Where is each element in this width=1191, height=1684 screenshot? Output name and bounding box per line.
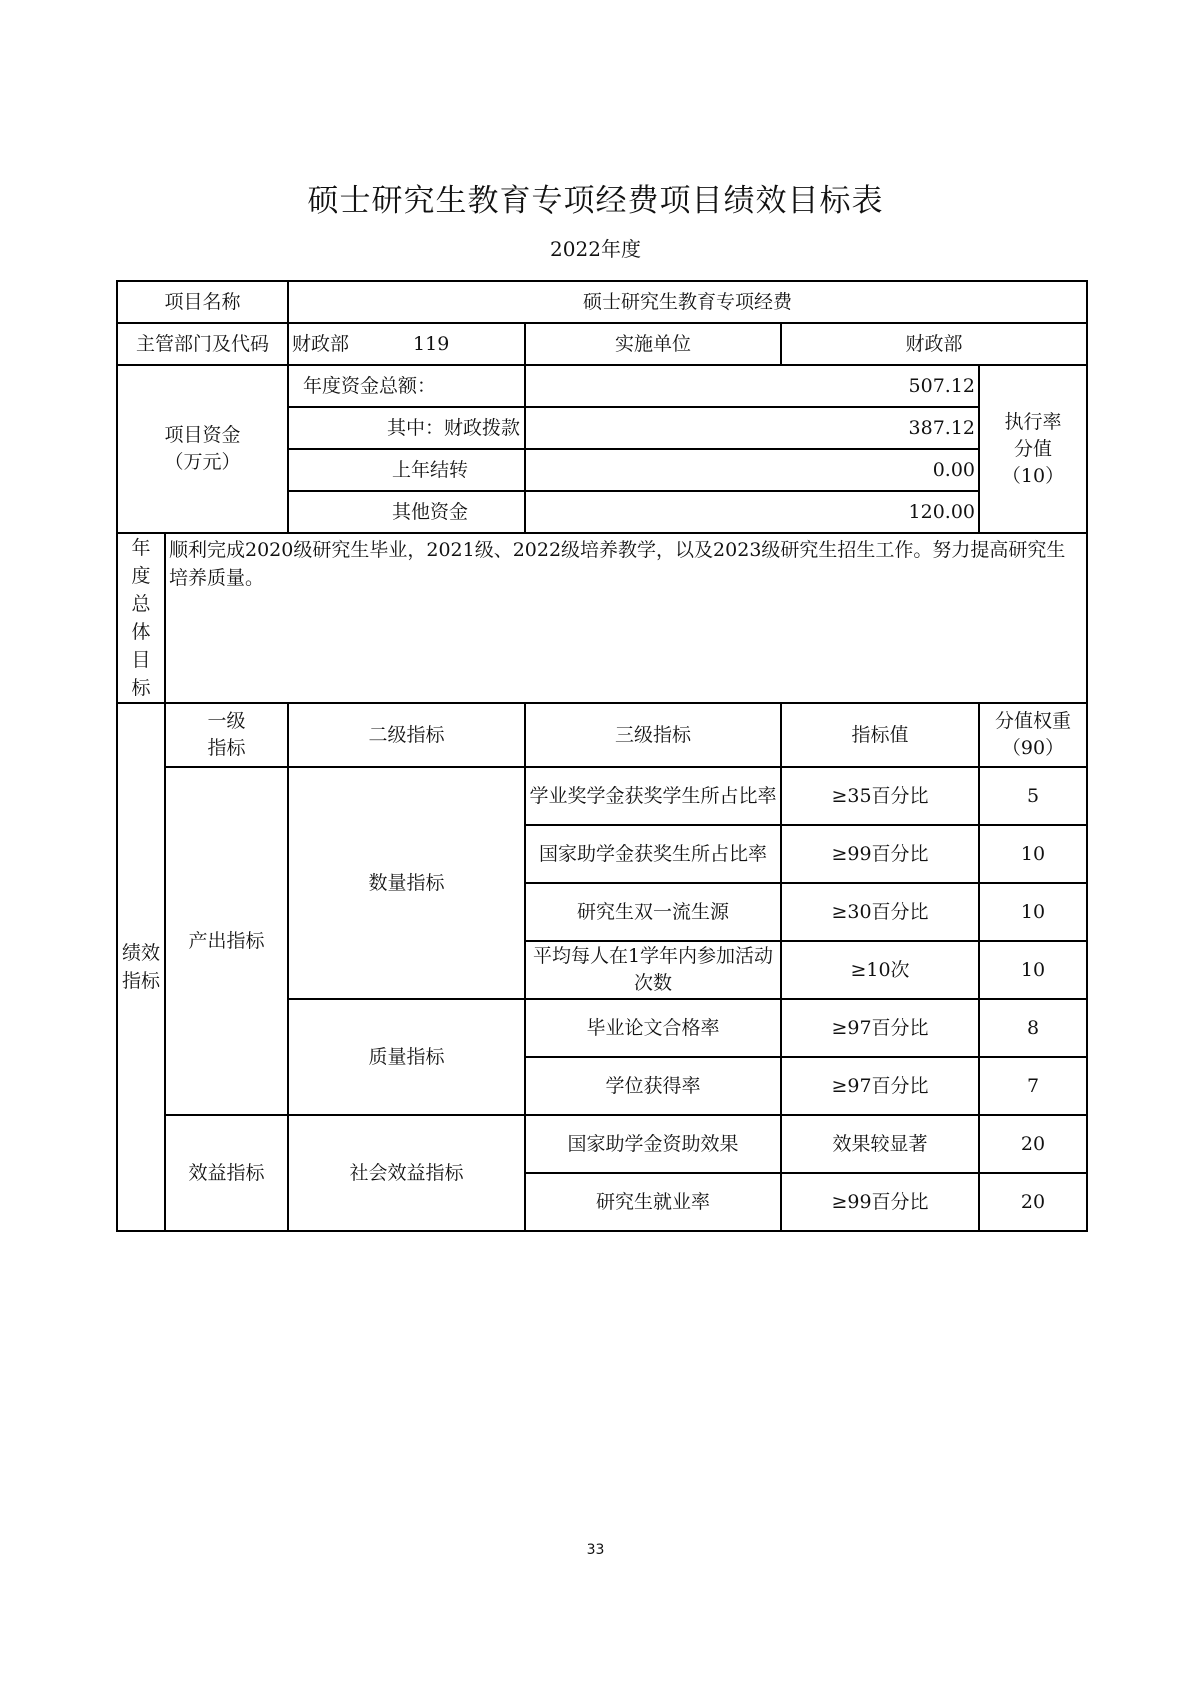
weight-cell: 7 bbox=[979, 1057, 1087, 1115]
fund-label: 其他资金 bbox=[288, 491, 525, 533]
level2-social-benefit: 社会效益指标 bbox=[288, 1115, 525, 1231]
project-name-value: 硕士研究生教育专项经费 bbox=[288, 281, 1087, 323]
project-name-label: 项目名称 bbox=[117, 281, 288, 323]
header-level3: 三级指标 bbox=[525, 703, 781, 767]
weight-cell: 10 bbox=[979, 883, 1087, 941]
header-level2: 二级指标 bbox=[288, 703, 525, 767]
impl-unit-value: 财政部 bbox=[781, 323, 1087, 365]
fund-value: 387.12 bbox=[525, 407, 979, 449]
fund-value: 120.00 bbox=[525, 491, 979, 533]
dept-code: 119 bbox=[413, 333, 449, 355]
performance-table: 项目名称 硕士研究生教育专项经费 主管部门及代码 财政部119 实施单位 财政部… bbox=[116, 280, 1088, 1232]
page-number: 33 bbox=[0, 1542, 1191, 1558]
goal-label: 年 度 总 体 目 标 bbox=[117, 533, 165, 703]
table-row: 产出指标 数量指标 学业奖学金获奖学生所占比率 ≥35百分比 5 bbox=[117, 767, 1087, 825]
fund-value: 0.00 bbox=[525, 449, 979, 491]
project-name-row: 项目名称 硕士研究生教育专项经费 bbox=[117, 281, 1087, 323]
value-cell: ≥99百分比 bbox=[781, 1173, 979, 1231]
dept-label: 主管部门及代码 bbox=[117, 323, 288, 365]
level3-cell: 研究生双一流生源 bbox=[525, 883, 781, 941]
value-cell: ≥97百分比 bbox=[781, 1057, 979, 1115]
fund-value: 507.12 bbox=[525, 365, 979, 407]
weight-cell: 20 bbox=[979, 1115, 1087, 1173]
level1-benefit: 效益指标 bbox=[165, 1115, 288, 1231]
level3-cell: 学位获得率 bbox=[525, 1057, 781, 1115]
weight-cell: 5 bbox=[979, 767, 1087, 825]
department-row: 主管部门及代码 财政部119 实施单位 财政部 bbox=[117, 323, 1087, 365]
value-cell: ≥10次 bbox=[781, 941, 979, 999]
level3-cell: 国家助学金资助效果 bbox=[525, 1115, 781, 1173]
level3-cell: 研究生就业率 bbox=[525, 1173, 781, 1231]
level2-quantity: 数量指标 bbox=[288, 767, 525, 999]
level3-cell: 学业奖学金获奖学生所占比率 bbox=[525, 767, 781, 825]
level3-cell: 毕业论文合格率 bbox=[525, 999, 781, 1057]
level3-cell: 平均每人在1学年内参加活动次数 bbox=[525, 941, 781, 999]
header-value: 指标值 bbox=[781, 703, 979, 767]
document-title: 硕士研究生教育专项经费项目绩效目标表 bbox=[0, 175, 1191, 220]
document-year: 2022年度 bbox=[0, 233, 1191, 262]
goal-row: 年 度 总 体 目 标 顺利完成2020级研究生毕业，2021级、2022级培养… bbox=[117, 533, 1087, 703]
level3-cell: 国家助学金获奖生所占比率 bbox=[525, 825, 781, 883]
weight-cell: 20 bbox=[979, 1173, 1087, 1231]
value-cell: 效果较显著 bbox=[781, 1115, 979, 1173]
exec-rate-label: 执行率 分值 （10） bbox=[979, 365, 1087, 533]
weight-cell: 10 bbox=[979, 825, 1087, 883]
goal-text: 顺利完成2020级研究生毕业，2021级、2022级培养教学，以及2023级研究… bbox=[165, 533, 1087, 703]
weight-cell: 10 bbox=[979, 941, 1087, 999]
indicators-section-label: 绩效 指标 bbox=[117, 703, 165, 1231]
dept-name: 财政部 bbox=[292, 333, 349, 355]
indicator-header-row: 绩效 指标 一级 指标 二级指标 三级指标 指标值 分值权重 （90） bbox=[117, 703, 1087, 767]
fund-label: 上年结转 bbox=[288, 449, 525, 491]
funds-label: 项目资金 （万元） bbox=[117, 365, 288, 533]
weight-cell: 8 bbox=[979, 999, 1087, 1057]
header-level1: 一级 指标 bbox=[165, 703, 288, 767]
impl-unit-label: 实施单位 bbox=[525, 323, 781, 365]
header-weight: 分值权重 （90） bbox=[979, 703, 1087, 767]
fund-row: 项目资金 （万元） 年度资金总额： 507.12 执行率 分值 （10） bbox=[117, 365, 1087, 407]
value-cell: ≥97百分比 bbox=[781, 999, 979, 1057]
level2-quality: 质量指标 bbox=[288, 999, 525, 1115]
value-cell: ≥99百分比 bbox=[781, 825, 979, 883]
fund-label: 年度资金总额： bbox=[288, 365, 525, 407]
value-cell: ≥35百分比 bbox=[781, 767, 979, 825]
table-row: 效益指标 社会效益指标 国家助学金资助效果 效果较显著 20 bbox=[117, 1115, 1087, 1173]
fund-label: 其中：财政拨款 bbox=[288, 407, 525, 449]
dept-value: 财政部119 bbox=[288, 323, 525, 365]
level1-output: 产出指标 bbox=[165, 767, 288, 1115]
value-cell: ≥30百分比 bbox=[781, 883, 979, 941]
